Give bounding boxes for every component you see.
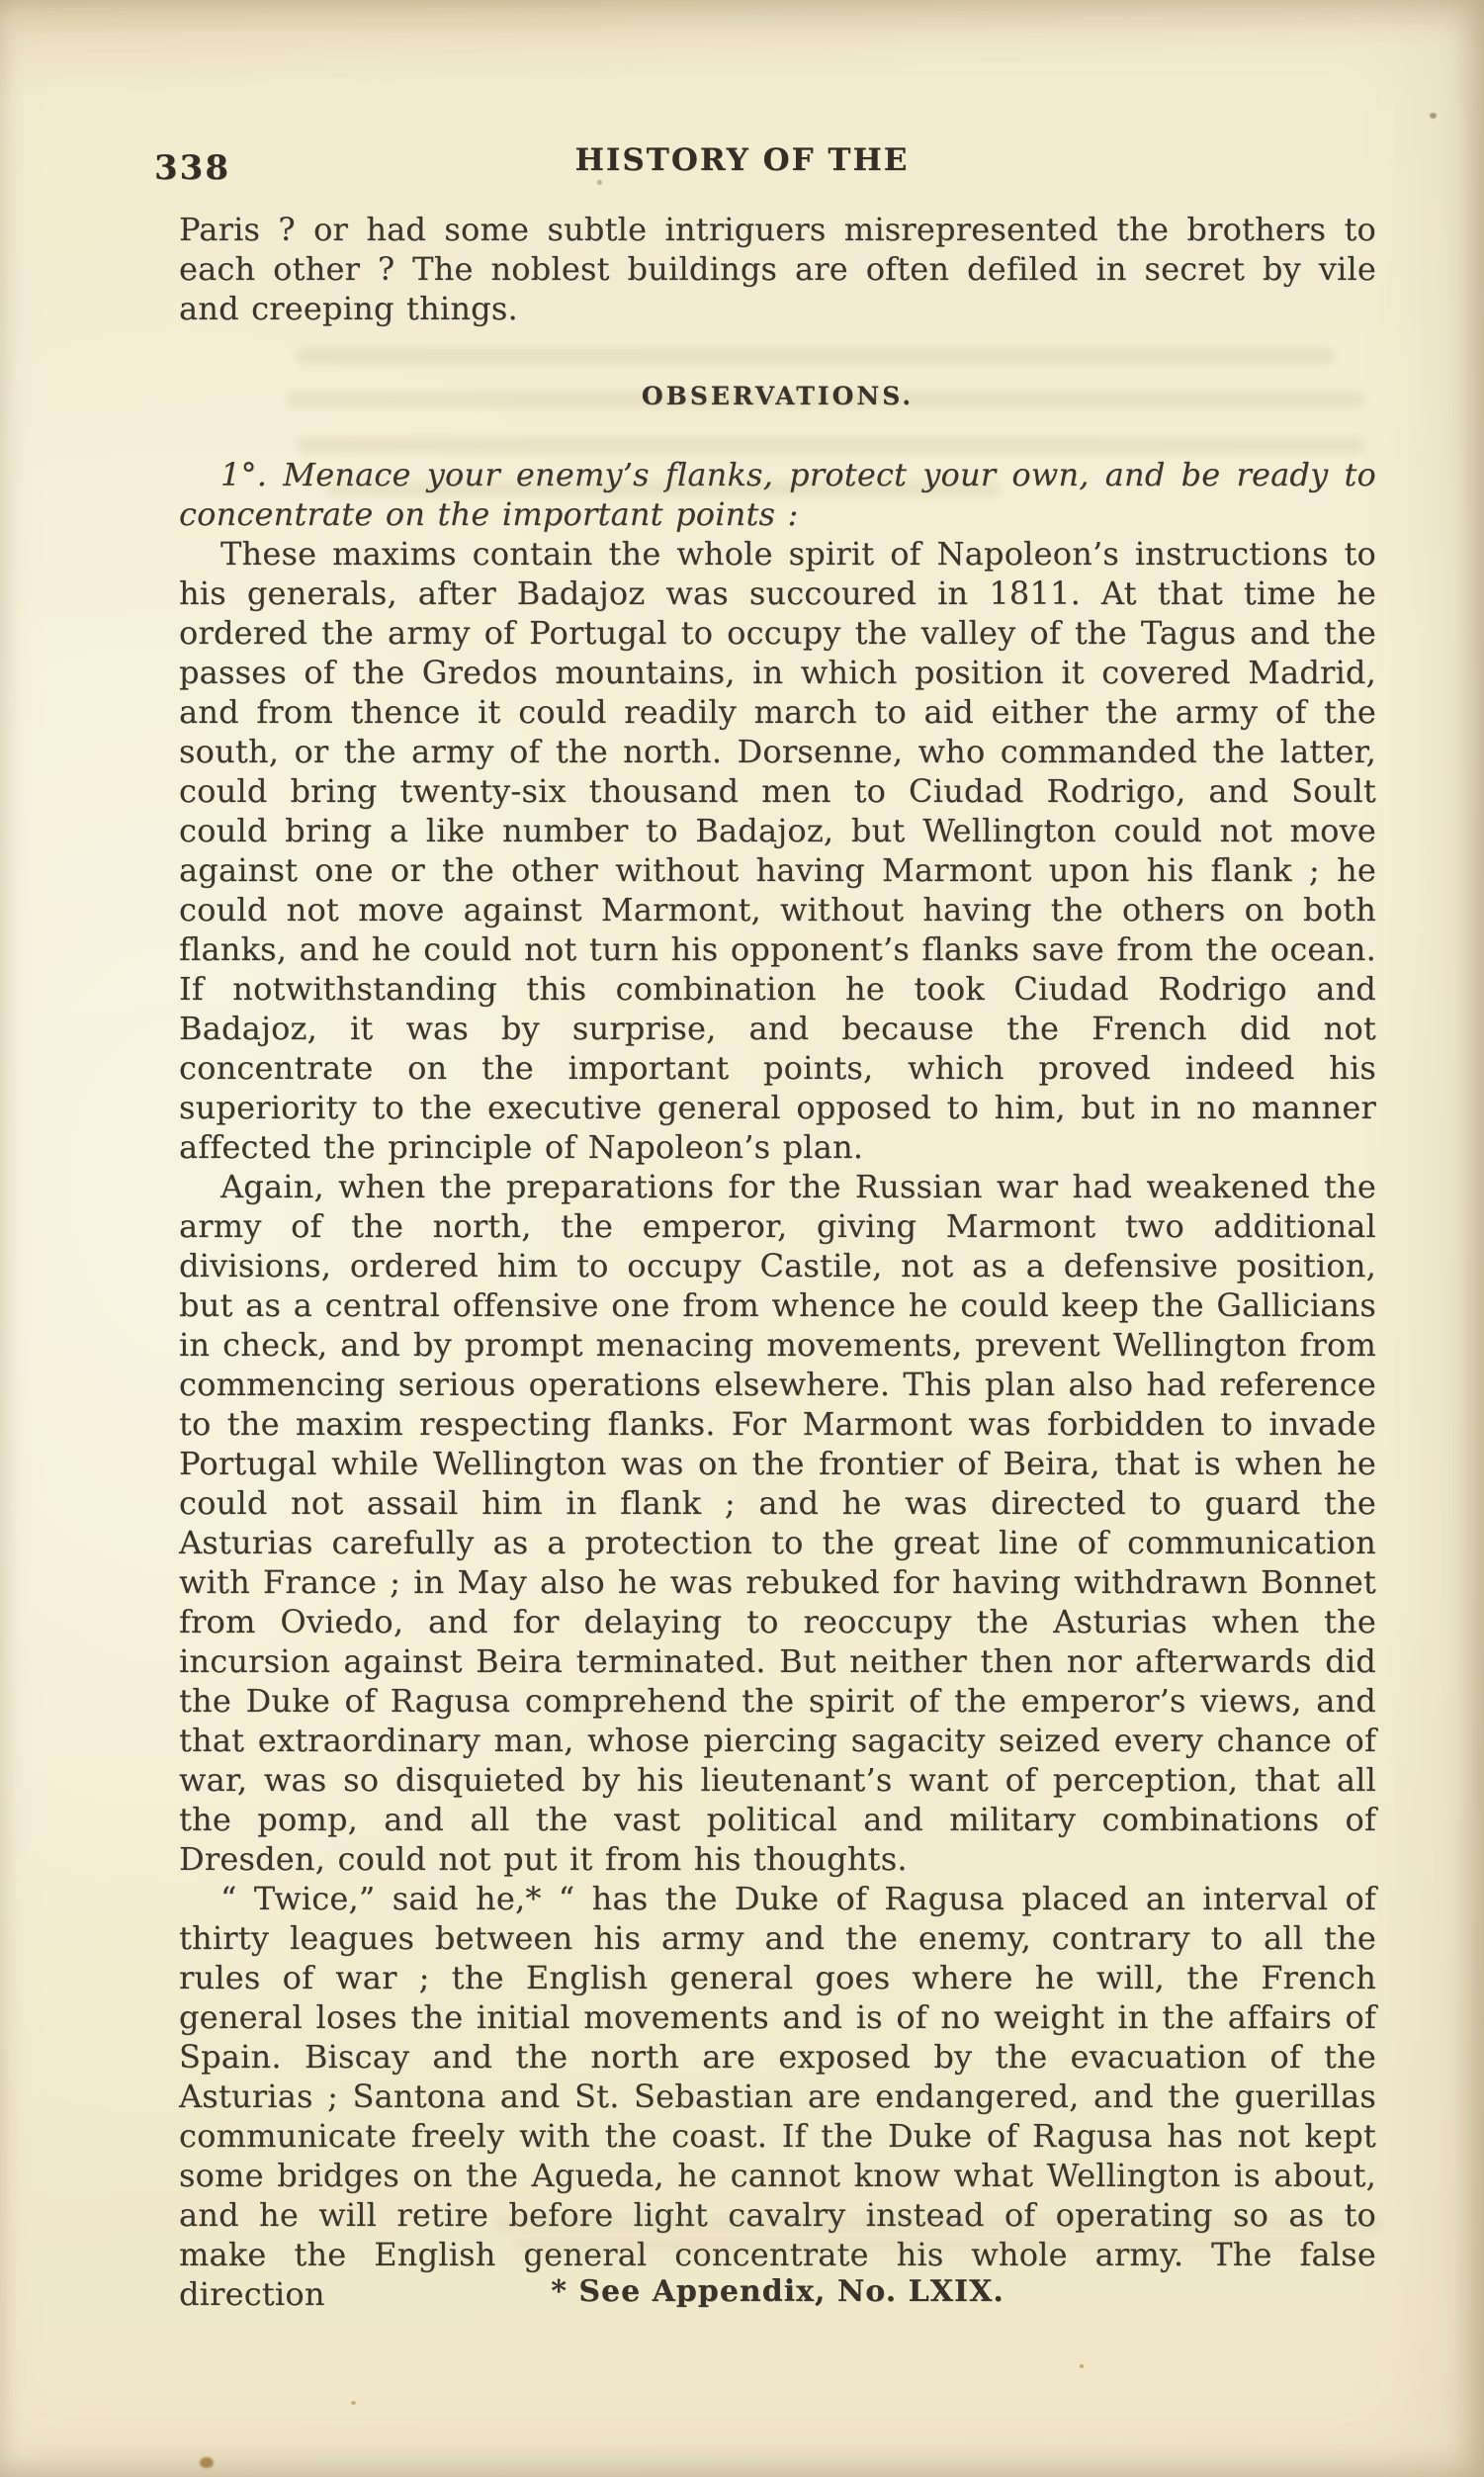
body-paragraph-1: These maxims contain the whole spirit of… [179,534,1376,1167]
maxim-paragraph: 1°. Menace your enemy’s flanks, protect … [179,455,1376,534]
body-paragraph-2: Again, when the preparations for the Rus… [179,1167,1376,1879]
paper-speck [351,2401,356,2405]
paper-speck [597,180,602,185]
footnote-row: * See Appendix, No. LXIX. [179,2274,1376,2309]
section-heading: OBSERVATIONS. [179,382,1376,411]
text-block: Paris ? or had some subtle intriguers mi… [179,210,1376,2314]
paper-speck [1430,113,1437,119]
paper-speck [1080,2364,1084,2368]
body-paragraph-3: “ Twice,” said he,* “ has the Duke of Ra… [179,1879,1376,2314]
page-header: 338 HISTORY OF THE [0,0,1484,178]
paper-speck [200,2457,214,2468]
book-page: 338 HISTORY OF THE Paris ? or had some s… [0,0,1484,2477]
footnote: * See Appendix, No. LXIX. [179,2274,1376,2309]
paragraph-continuation: Paris ? or had some subtle intriguers mi… [179,210,1376,328]
page-number: 338 [154,148,230,188]
